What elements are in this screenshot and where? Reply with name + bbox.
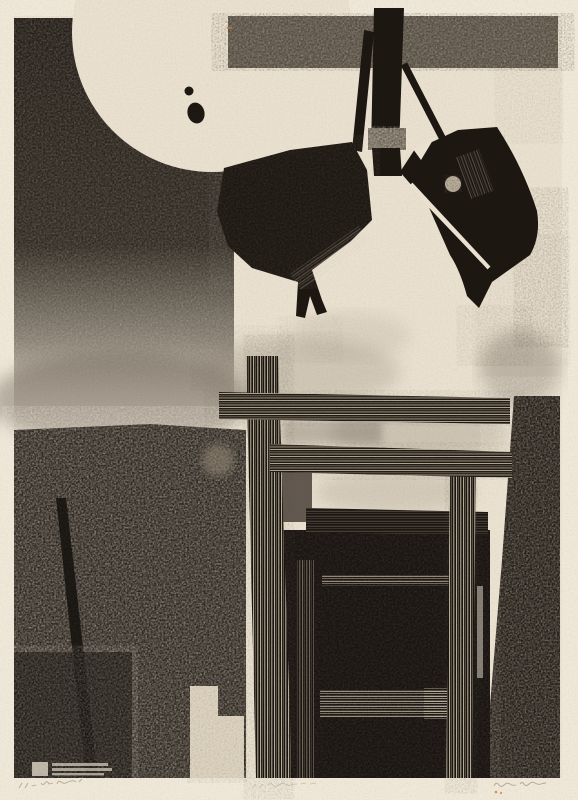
moon-spot xyxy=(202,444,234,476)
blade-dot xyxy=(445,176,461,192)
easel-post-echo xyxy=(296,560,314,778)
stripe-band-upper xyxy=(322,574,454,586)
artwork-figure xyxy=(0,0,578,800)
left-texture-slab xyxy=(14,424,246,778)
corner-light-square xyxy=(32,762,48,776)
artwork-canvas xyxy=(0,0,578,800)
easel-post-right xyxy=(446,470,476,778)
corner-light-stripes xyxy=(52,763,112,775)
light-sliver xyxy=(477,586,483,678)
hanging-bar-collar xyxy=(368,128,406,150)
hanging-bar-lower xyxy=(372,148,402,176)
